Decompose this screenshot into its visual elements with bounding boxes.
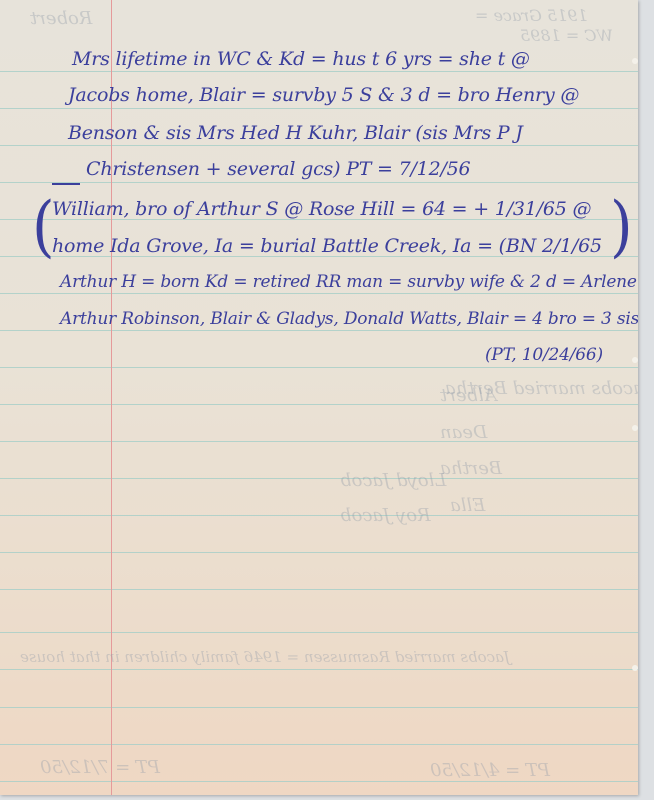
ruled-line: [0, 367, 638, 368]
page-notch: [632, 665, 638, 671]
ruled-line: [0, 441, 638, 442]
underline-mark: [52, 183, 80, 185]
ruled-line: [0, 707, 638, 708]
ruled-line: [0, 589, 638, 590]
page-notch: [632, 425, 638, 431]
bleed-through-text: Lloyd Jacob: [340, 470, 446, 491]
ruled-line: [0, 108, 638, 109]
ruled-line: [0, 293, 638, 294]
handwritten-line-5: William, bro of Arthur S @ Rose Hill = 6…: [52, 200, 591, 219]
close-bracket: ): [610, 193, 633, 260]
handwritten-line-3: Benson & sis Mrs Hed H Kuhr, Blair (sis …: [68, 124, 523, 143]
ruled-line: [0, 182, 638, 183]
bleed-through-text: Roy Jacob: [340, 505, 431, 526]
ruled-line: [0, 330, 638, 331]
bleed-through-text: Robert: [30, 8, 92, 29]
ruled-line: [0, 744, 638, 745]
bleed-through-text: Bertha: [440, 458, 502, 479]
handwritten-line-8: Arthur Robinson, Blair & Gladys, Donald …: [60, 311, 638, 328]
bleed-through-text: Ella: [450, 495, 485, 516]
ruled-line: [0, 781, 638, 782]
handwritten-line-7: Arthur H = born Kd = retired RR man = su…: [60, 274, 638, 291]
ruled-line: [0, 145, 638, 146]
page-notch: [632, 58, 638, 64]
handwritten-line-1: Mrs lifetime in WC & Kd = hus t 6 yrs = …: [72, 50, 530, 69]
ruled-line: [0, 404, 638, 405]
ruled-line: [0, 632, 638, 633]
page-notch: [632, 357, 638, 363]
handwritten-line-2: Jacobs home, Blair = survby 5 S & 3 d = …: [68, 86, 579, 105]
handwritten-line-4: Christensen + several gcs) PT = 7/12/56: [86, 160, 470, 179]
bleed-through-text: PT = 4/12/50: [430, 760, 550, 781]
bleed-through-text: Dean: [440, 422, 487, 443]
ruled-line: [0, 478, 638, 479]
ruled-line: [0, 552, 638, 553]
bleed-through-text: WC = 1895: [520, 26, 613, 45]
bleed-through-text: PT = 7/12/50: [40, 757, 160, 778]
notebook-page: Robert 1915 Grace = WC = 1895 Henry Jaco…: [0, 0, 638, 795]
ruled-line: [0, 515, 638, 516]
ruled-line: [0, 669, 638, 670]
bleed-through-text: Albert: [440, 385, 497, 406]
bleed-through-text: Jacobs married Rasmussen = 1946 family c…: [20, 648, 510, 666]
bleed-through-text: 1915 Grace =: [475, 6, 588, 25]
handwritten-line-6: home Ida Grove, Ia = burial Battle Creek…: [52, 237, 602, 256]
margin-line: [111, 0, 112, 795]
handwritten-citation: (PT, 10/24/66): [485, 347, 603, 364]
ruled-line: [0, 71, 638, 72]
